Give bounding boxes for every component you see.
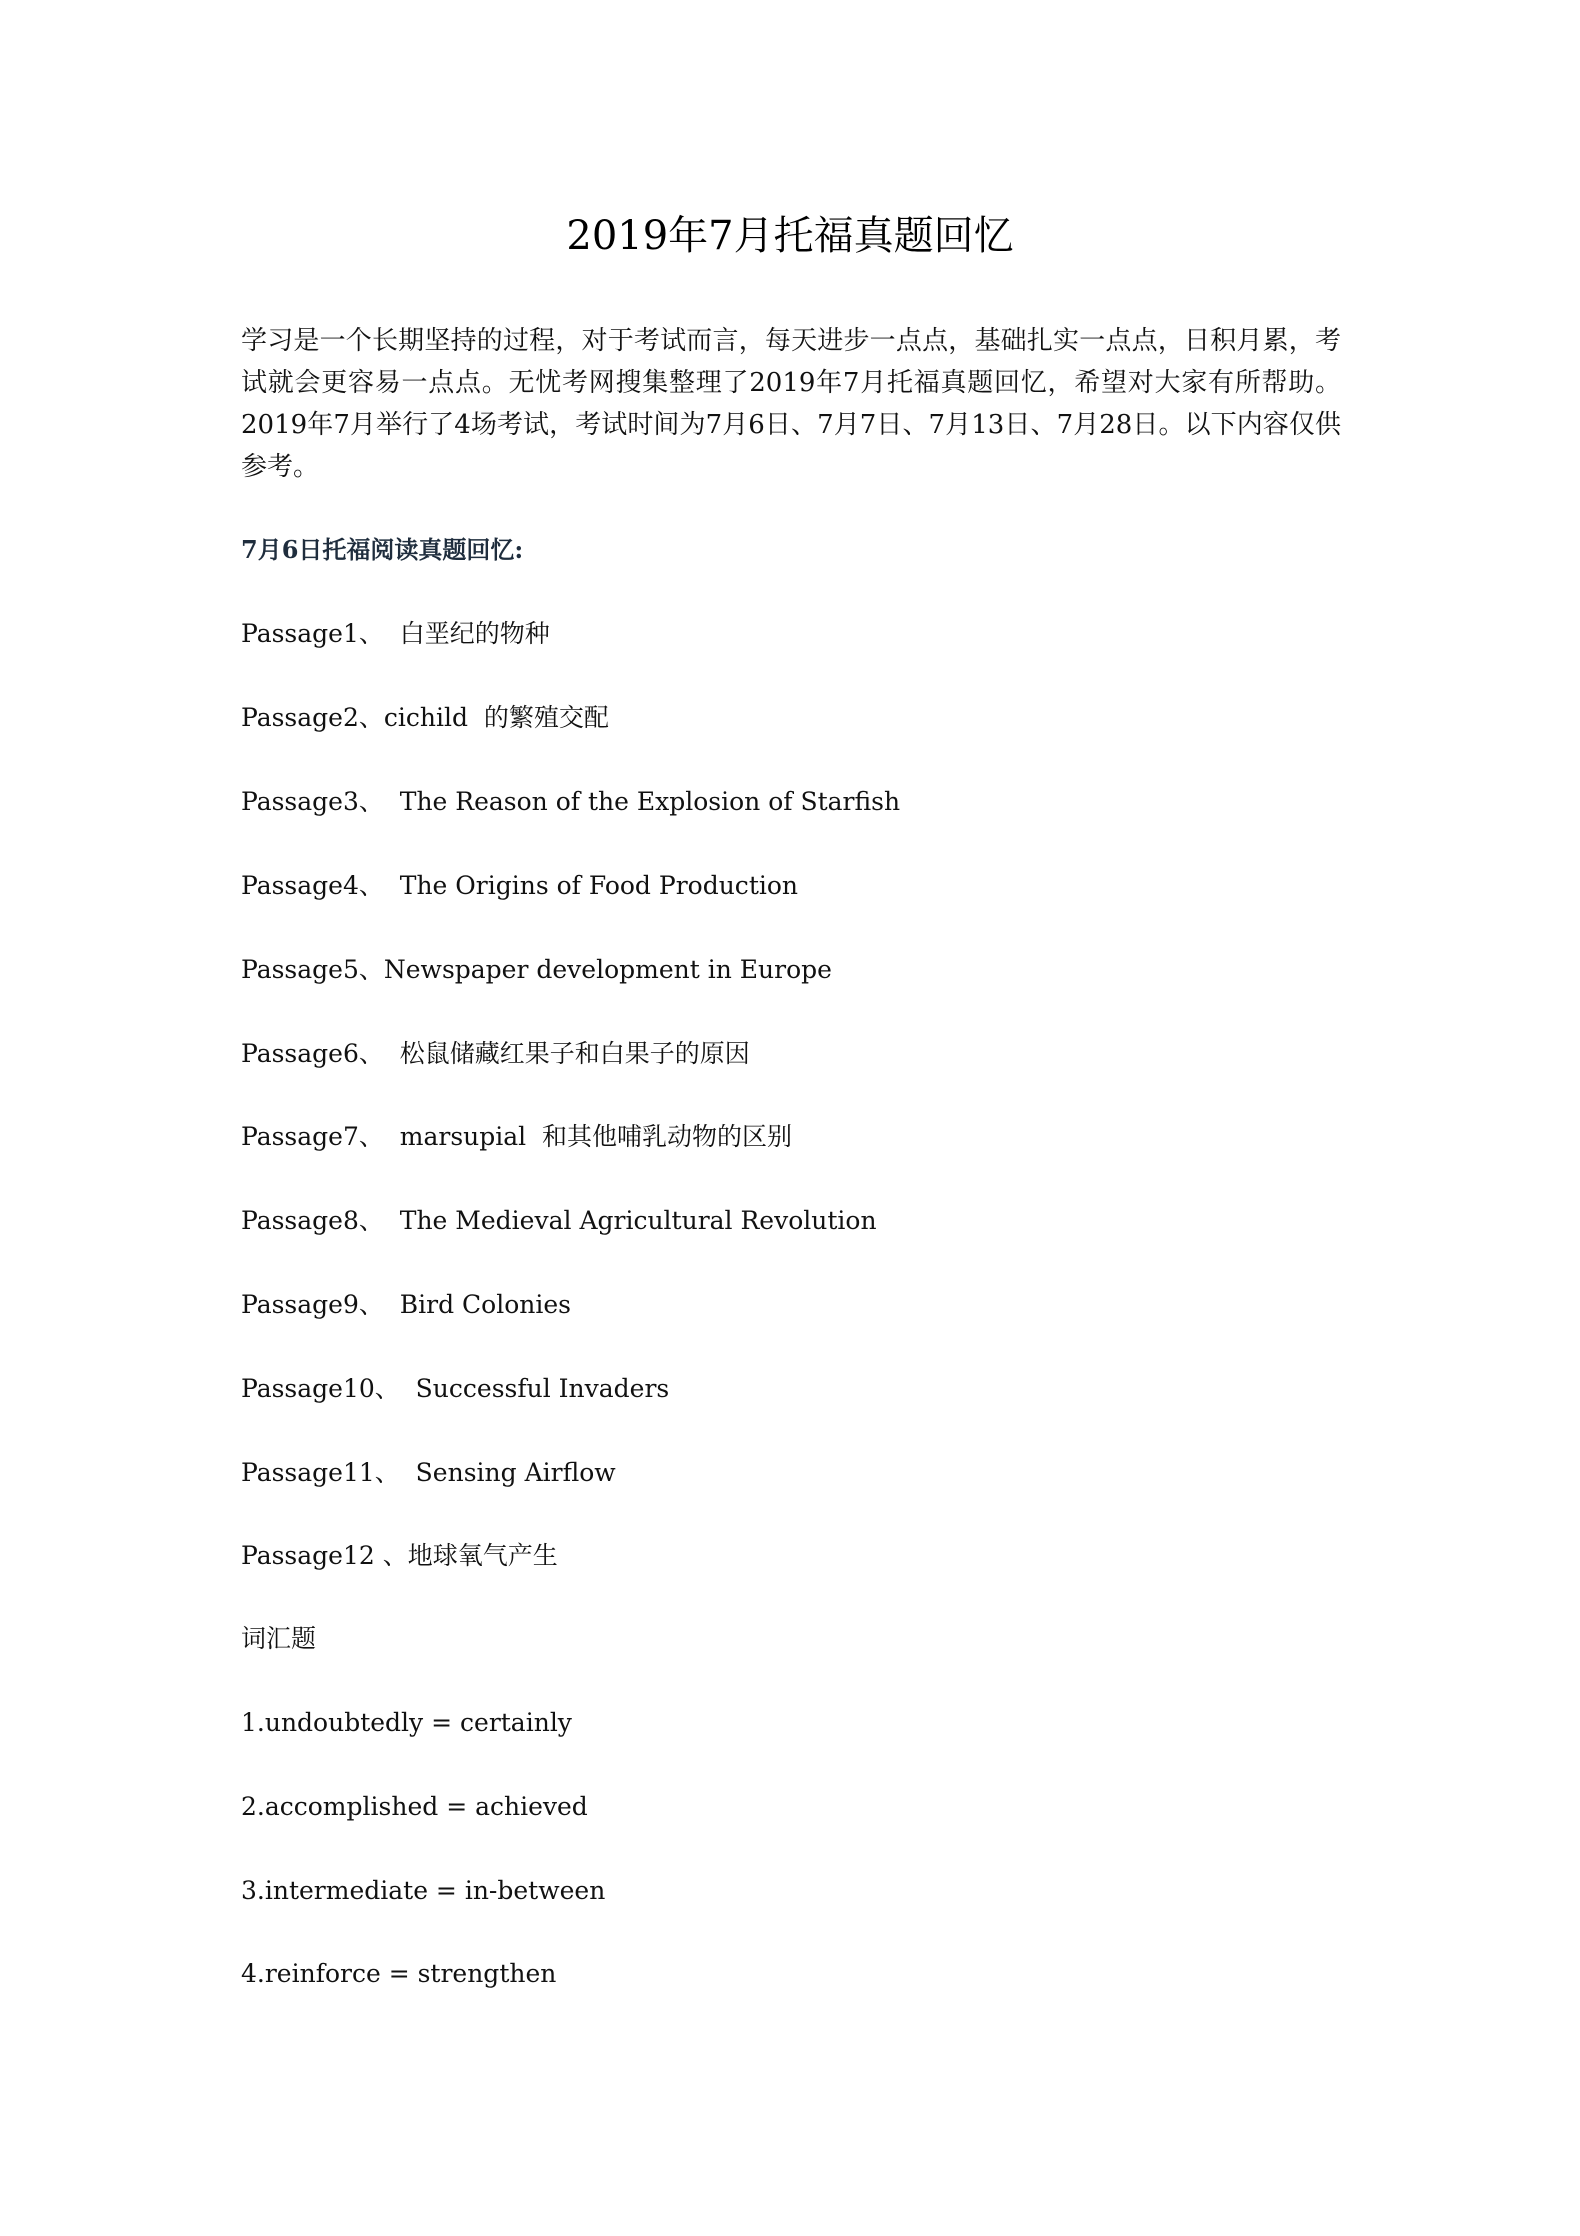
passage-item: Passage3、 The Reason of the Explosion of… [241, 782, 900, 822]
document-title: 2019年7月托福真题回忆 [0, 206, 1580, 266]
passage-item: Passage11、 Sensing Airflow [241, 1453, 616, 1493]
intro-paragraph: 学习是一个长期坚持的过程，对于考试而言，每天进步一点点，基础扎实一点点，日积月累… [241, 320, 1341, 488]
section-heading: 7月6日托福阅读真题回忆: [241, 530, 523, 570]
vocab-item: 2.accomplished = achieved [241, 1787, 588, 1827]
vocab-heading: 词汇题 [241, 1619, 316, 1659]
passage-item: Passage10、 Successful Invaders [241, 1369, 669, 1409]
document-page: 2019年7月托福真题回忆 学习是一个长期坚持的过程，对于考试而言，每天进步一点… [0, 0, 1580, 2236]
vocab-item: 1.undoubtedly = certainly [241, 1703, 572, 1743]
passage-item: Passage4、 The Origins of Food Production [241, 866, 798, 906]
passage-item: Passage5、Newspaper development in Europe [241, 950, 832, 990]
passage-item: Passage8、 The Medieval Agricultural Revo… [241, 1201, 877, 1241]
passage-item: Passage1、 白垩纪的物种 [241, 614, 550, 654]
passage-item: Passage6、 松鼠储藏红果子和白果子的原因 [241, 1034, 750, 1074]
passage-item: Passage2、cichild 的繁殖交配 [241, 698, 609, 738]
passage-item: Passage9、 Bird Colonies [241, 1285, 571, 1325]
passage-item: Passage12 、地球氧气产生 [241, 1536, 558, 1576]
passage-item: Passage7、 marsupial 和其他哺乳动物的区别 [241, 1117, 792, 1157]
vocab-item: 4.reinforce = strengthen [241, 1954, 556, 1994]
vocab-item: 3.intermediate = in-between [241, 1871, 605, 1911]
